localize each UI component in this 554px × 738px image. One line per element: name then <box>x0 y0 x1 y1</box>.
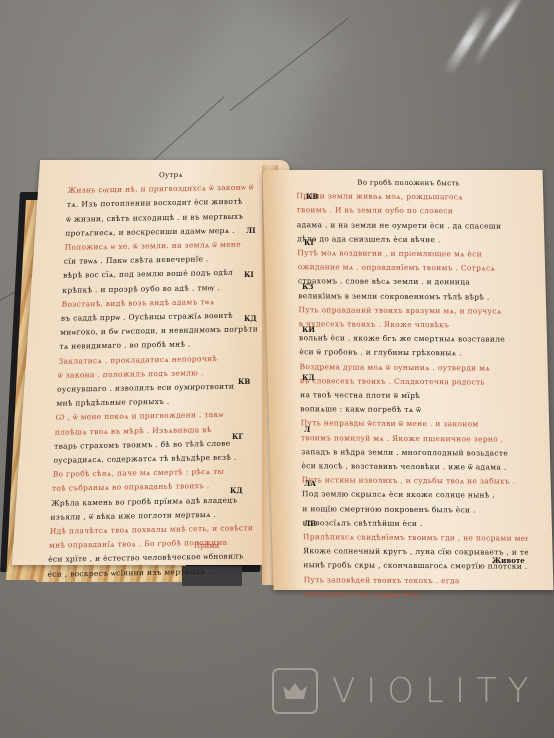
text-line: адама . и на земли не оумрети ѐси . да с… <box>297 218 522 234</box>
text-line: вольнѣ ѐси . якоже бгъ же смертныѧ возст… <box>299 331 524 347</box>
verse-marker: КВ <box>238 377 250 386</box>
verse-marker: ЛА <box>304 479 316 488</box>
left-page-text: Оутрѧ Жизнь сѹщи нѣ, и пригвоздихсѧ ѿ за… <box>47 166 274 581</box>
text-line: въ словесехъ твоихъ . Сладкотечна радост… <box>300 374 525 390</box>
verse-marker: КЗ <box>302 282 313 291</box>
watermark-text: VIOLITY <box>332 671 540 711</box>
open-book: Оутрѧ Жизнь сѹщи нѣ, и пригвоздихсѧ ѿ за… <box>0 0 554 600</box>
text-line: ѐси ѿ гробовъ . и глубины грѣховныѧ . <box>299 346 524 362</box>
verse-marker: КГ <box>232 432 243 441</box>
text-line: разширилъ ѐси сердце мое . <box>304 587 529 603</box>
verse-marker: ЛІ <box>246 226 255 235</box>
verse-marker: ЛВ <box>304 519 316 528</box>
verse-marker: КІ <box>244 270 254 279</box>
text-line: Воздрема душа моѧ ѿ оуныниѧ . оутверди м… <box>299 360 524 376</box>
verse-marker: Л <box>304 425 310 434</box>
text-line: Путь истины изволихъ , и судьбы твоѧ не … <box>302 473 527 489</box>
text-line: Путѣ моѧ воздвигни , и пріемлющее мѧ ѐси <box>297 246 522 262</box>
text-line: ѐси клосѣ , возставивъ человѣки . иже ѿ … <box>301 459 526 475</box>
text-line: Под землю скрылсѧ ѐси якоже солнце нынѣ … <box>302 488 527 504</box>
text-line: Путь оправданий твоихъ вразуми мѧ, и поу… <box>298 303 523 319</box>
text-line: и нощїю смертною покровенъ былъ ѐси . <box>302 502 527 518</box>
verse-marker: КД <box>302 373 315 382</box>
text-line: западъ в нѣдра земли . многоплодный возь… <box>301 445 526 461</box>
text-line: страхомъ . слове вѣсѧ земли . и денница <box>298 275 523 291</box>
text-line: твоимъ помилуй мѧ . Якоже пшеничное зерн… <box>301 431 526 447</box>
right-catchword: Животе <box>492 556 525 565</box>
text-line: вопиѧше : какѡ погребѣ тѧ ѿ <box>300 402 525 418</box>
left-catchword: Прими <box>194 542 219 550</box>
text-line: великїимъ в земли сокровенномъ тѣлѣ вѣрѣ… <box>298 289 523 305</box>
verse-marker: КД <box>230 486 243 495</box>
text-line: в чудесехъ твоихъ . Якоже чловѣкъ <box>299 317 524 333</box>
text-line: но возсїѧлъ свѣтлѣйши ѐси . <box>302 516 527 532</box>
violity-watermark: VIOLITY <box>272 668 540 714</box>
text-line: Прилѣпихсѧ свидѣнїемъ твоимъ гди , не по… <box>303 530 528 546</box>
crown-icon <box>272 668 318 714</box>
verse-marker: КИ <box>302 325 315 334</box>
text-line: дѣло до ада снизшелъ ѐси вѣчне . <box>297 232 522 248</box>
right-page-text: Во гробѣ положенъ бысть Прими земли жива… <box>296 175 529 603</box>
text-line: на твоѣ честна плоти ѿ мїрѣ <box>300 388 525 404</box>
text-line: Путь заповѣдей твоихъ текохъ . егда <box>304 573 529 589</box>
verse-marker: КГ <box>304 238 315 247</box>
text-line: Путь неправды ѿстави ѿ мене . и законом <box>301 417 526 433</box>
verse-marker: КД <box>244 314 257 323</box>
text-line: Прими земли живаѧ моѧ, рождьшагосѧ <box>296 189 521 205</box>
text-line: твоимъ . И въ земли оубо по словеси <box>296 204 521 220</box>
right-page-header: Во гробѣ положенъ бысть <box>296 175 521 191</box>
verse-marker: КВ <box>306 192 318 201</box>
text-line: ожидание мѧ . оправданїемъ твоимъ . Сотр… <box>298 260 523 276</box>
